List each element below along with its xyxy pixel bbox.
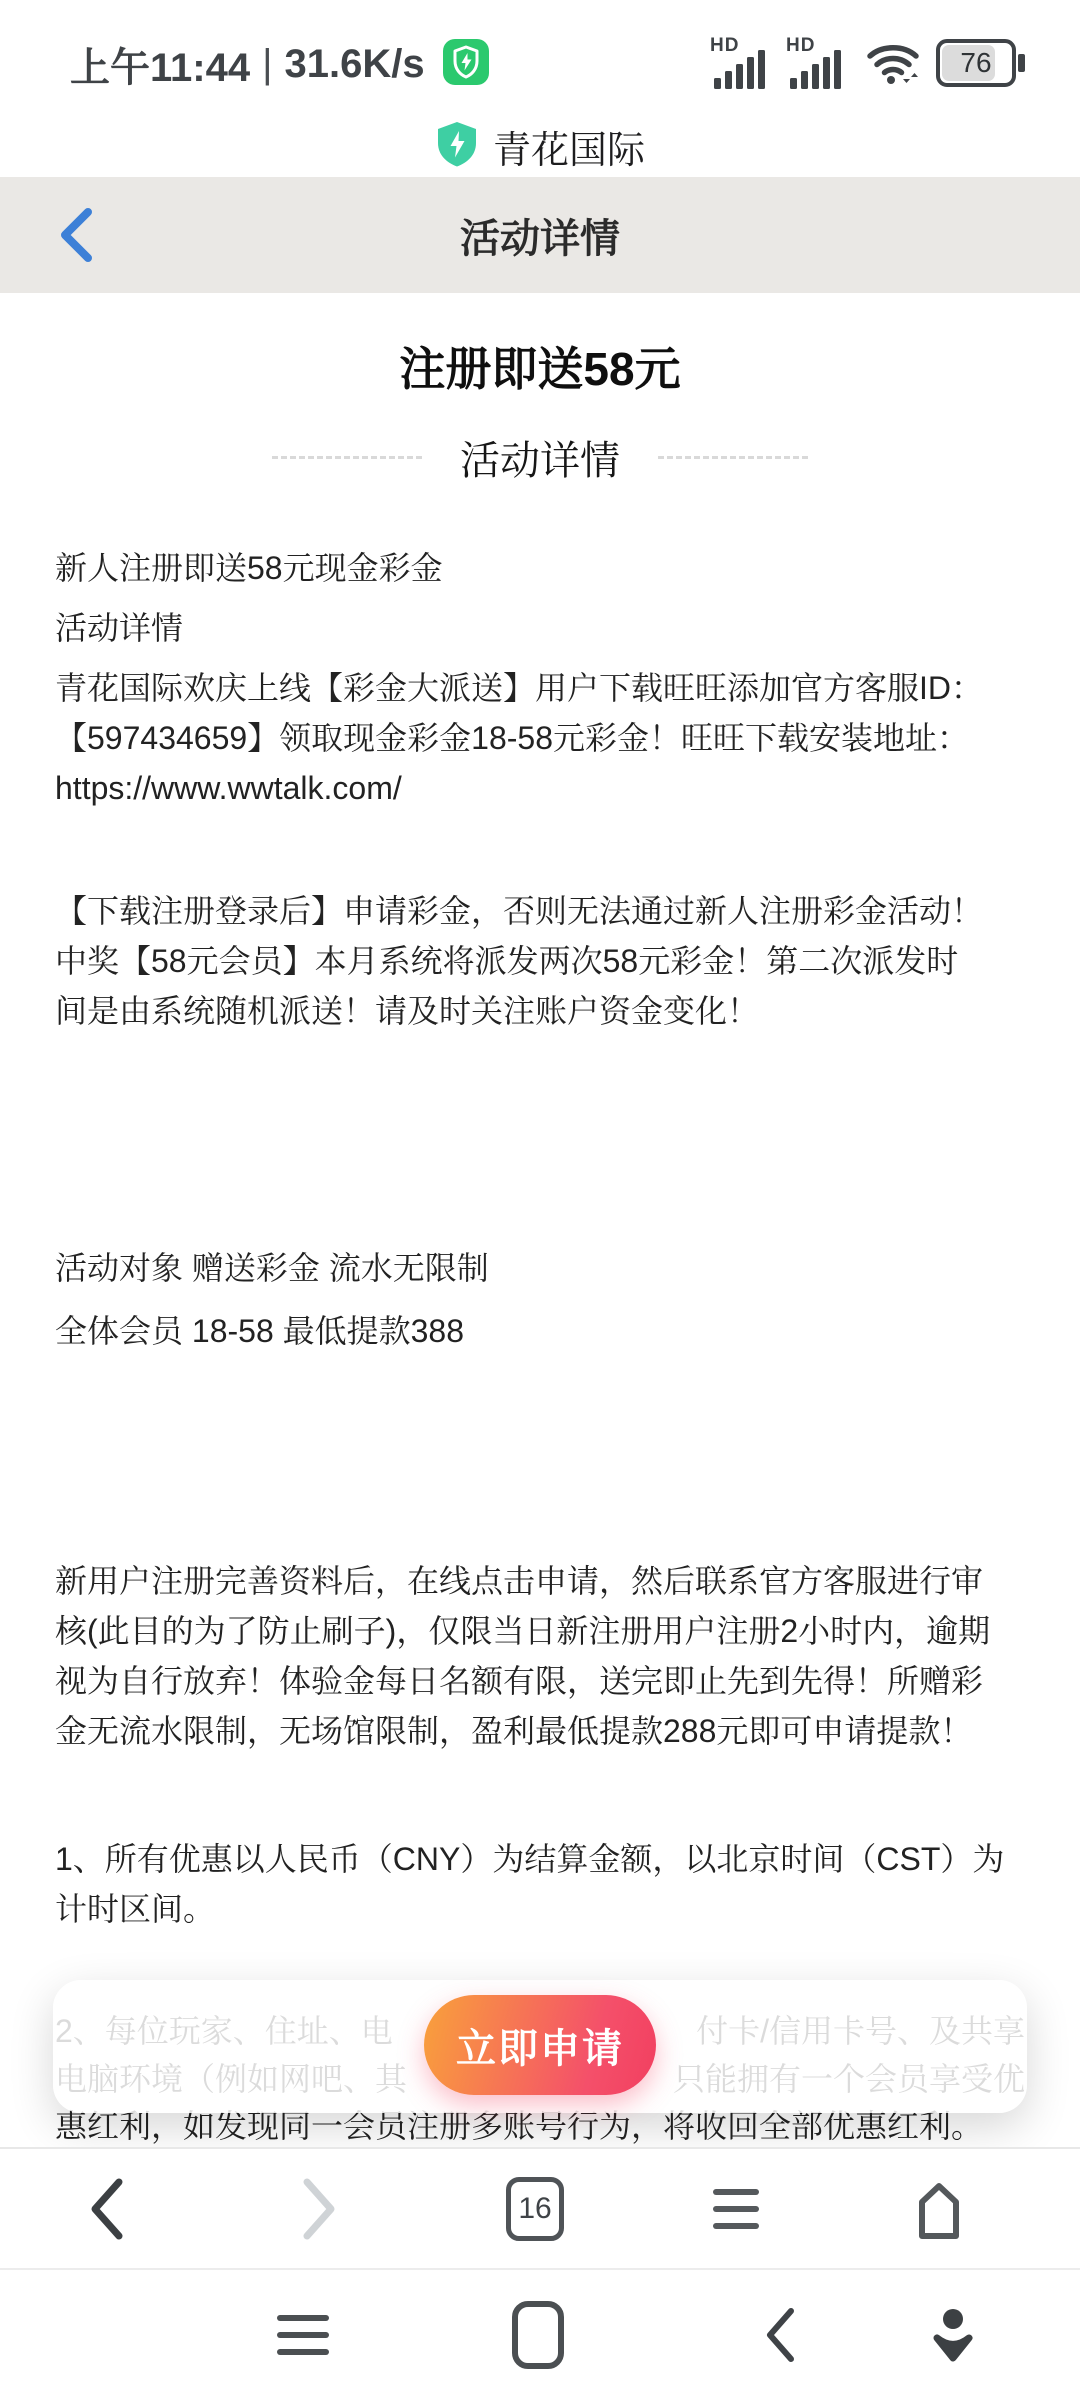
text-line: 青花国际欢庆上线【彩金大派送】用户下载旺旺添加官方客服ID： (55, 663, 1025, 713)
promo-url: https://www.wwtalk.com/ (55, 763, 1025, 813)
browser-tabs-button[interactable]: 16 (506, 2177, 564, 2241)
promo-title: 注册即送58元 (0, 333, 1080, 399)
paragraph: 活动详情 (55, 603, 1025, 653)
section-header-label: 活动详情 (460, 429, 620, 486)
nav-bar: 活动详情 (0, 177, 1080, 293)
status-time: 上午11:44 (70, 36, 250, 93)
dashed-divider-right (658, 456, 808, 459)
signal-icon-sim1: HD (714, 38, 774, 92)
text-line: 新用户注册完善资料后，在线点击申请，然后联系官方客服进行审 (55, 1556, 1025, 1606)
security-shield-icon (443, 39, 489, 90)
text-line: 视为自行放弃！体验金每日名额有限，送完即止先到先得！所赠彩 (55, 1656, 1025, 1706)
paragraph: 【下载注册登录后】申请彩金，否则无法通过新人注册彩金活动！ 中奖【58元会员】本… (55, 886, 1025, 1036)
dashed-divider-left (272, 456, 422, 459)
status-bar: 上午11:44 | 31.6K/s HD HD (0, 0, 1080, 115)
paragraph: 1、所有优惠以人民币（CNY）为结算金额，以北京时间（CST）为 计时区间。 (55, 1834, 1025, 1934)
activity-detail-content: 注册即送58元 活动详情 新人注册即送58元现金彩金 活动详情 青花国际欢庆上线… (0, 293, 1080, 2147)
paragraph: 新用户注册完善资料后，在线点击申请，然后联系官方客服进行审 核(此目的为了防止刷… (55, 1556, 1025, 1756)
browser-back-icon[interactable] (77, 2174, 135, 2244)
browser-menu-icon[interactable] (713, 2189, 759, 2229)
tab-count: 16 (518, 2192, 551, 2226)
paragraph: 青花国际欢庆上线【彩金大派送】用户下载旺旺添加官方客服ID： 【59743465… (55, 663, 1025, 813)
wifi-icon (866, 39, 920, 90)
text-line: 计时区间。 (55, 1884, 1025, 1934)
status-time-speed: 上午11:44 | 31.6K/s (70, 36, 425, 93)
battery-icon: 76 (936, 39, 1016, 87)
page-title: 活动详情 (460, 207, 620, 264)
text-line: 【下载注册登录后】申请彩金，否则无法通过新人注册彩金活动！ (55, 886, 1025, 936)
app-title: 青花国际 (493, 119, 645, 174)
apply-now-button[interactable]: 立即申请 (424, 1995, 656, 2095)
system-nav-bar (0, 2268, 1080, 2400)
system-back-icon[interactable] (758, 2304, 800, 2366)
text-line: 【597434659】领取现金彩金18-58元彩金！旺旺下载安装地址： (55, 713, 1025, 763)
paragraph: 全体会员 18-58 最低提款388 (55, 1306, 1025, 1356)
apply-now-label: 立即申请 (456, 2017, 624, 2074)
battery-percent: 76 (960, 47, 991, 79)
tab-counter-icon: 16 (506, 2177, 564, 2241)
text-line: 金无流水限制，无场馆限制，盈利最低提款288元即可申请提款！ (55, 1706, 1025, 1756)
section-header: 活动详情 (0, 429, 1080, 486)
browser-home-icon[interactable] (908, 2176, 970, 2242)
home-icon[interactable] (512, 2301, 564, 2369)
paragraph: 新人注册即送58元现金彩金 (55, 543, 1025, 593)
status-right: HD HD 76 (714, 38, 1016, 92)
paragraph: 活动对象 赠送彩金 流水无限制 (55, 1243, 1025, 1293)
brand-shield-icon (435, 120, 479, 173)
hide-navbar-icon[interactable] (920, 2302, 986, 2368)
text-line: 1、所有优惠以人民币（CNY）为结算金额，以北京时间（CST）为 (55, 1834, 1025, 1884)
text-line: 中奖【58元会员】本月系统将派发两次58元彩金！第二次派发时 (55, 936, 1025, 986)
app-header: 青花国际 (0, 115, 1080, 177)
text-line: 间是由系统随机派送！请及时关注账户资金变化！ (55, 986, 1025, 1036)
recents-icon[interactable] (277, 2315, 329, 2355)
signal-icon-sim2: HD (790, 38, 850, 92)
browser-toolbar: 16 (0, 2147, 1080, 2268)
status-separator: | (262, 42, 272, 87)
back-chevron-icon[interactable] (52, 205, 98, 265)
text-line: 惠红利，如发现同一会员注册多账号行为，将收回全部优惠红利。 (55, 2108, 983, 2144)
screen: 上午11:44 | 31.6K/s HD HD (0, 0, 1080, 2400)
status-net-speed: 31.6K/s (285, 42, 425, 87)
browser-forward-icon[interactable] (291, 2174, 349, 2244)
status-left: 上午11:44 | 31.6K/s (70, 36, 489, 93)
text-line: 核(此目的为了防止刷子)，仅限当日新注册用户注册2小时内，逾期 (55, 1606, 1025, 1656)
